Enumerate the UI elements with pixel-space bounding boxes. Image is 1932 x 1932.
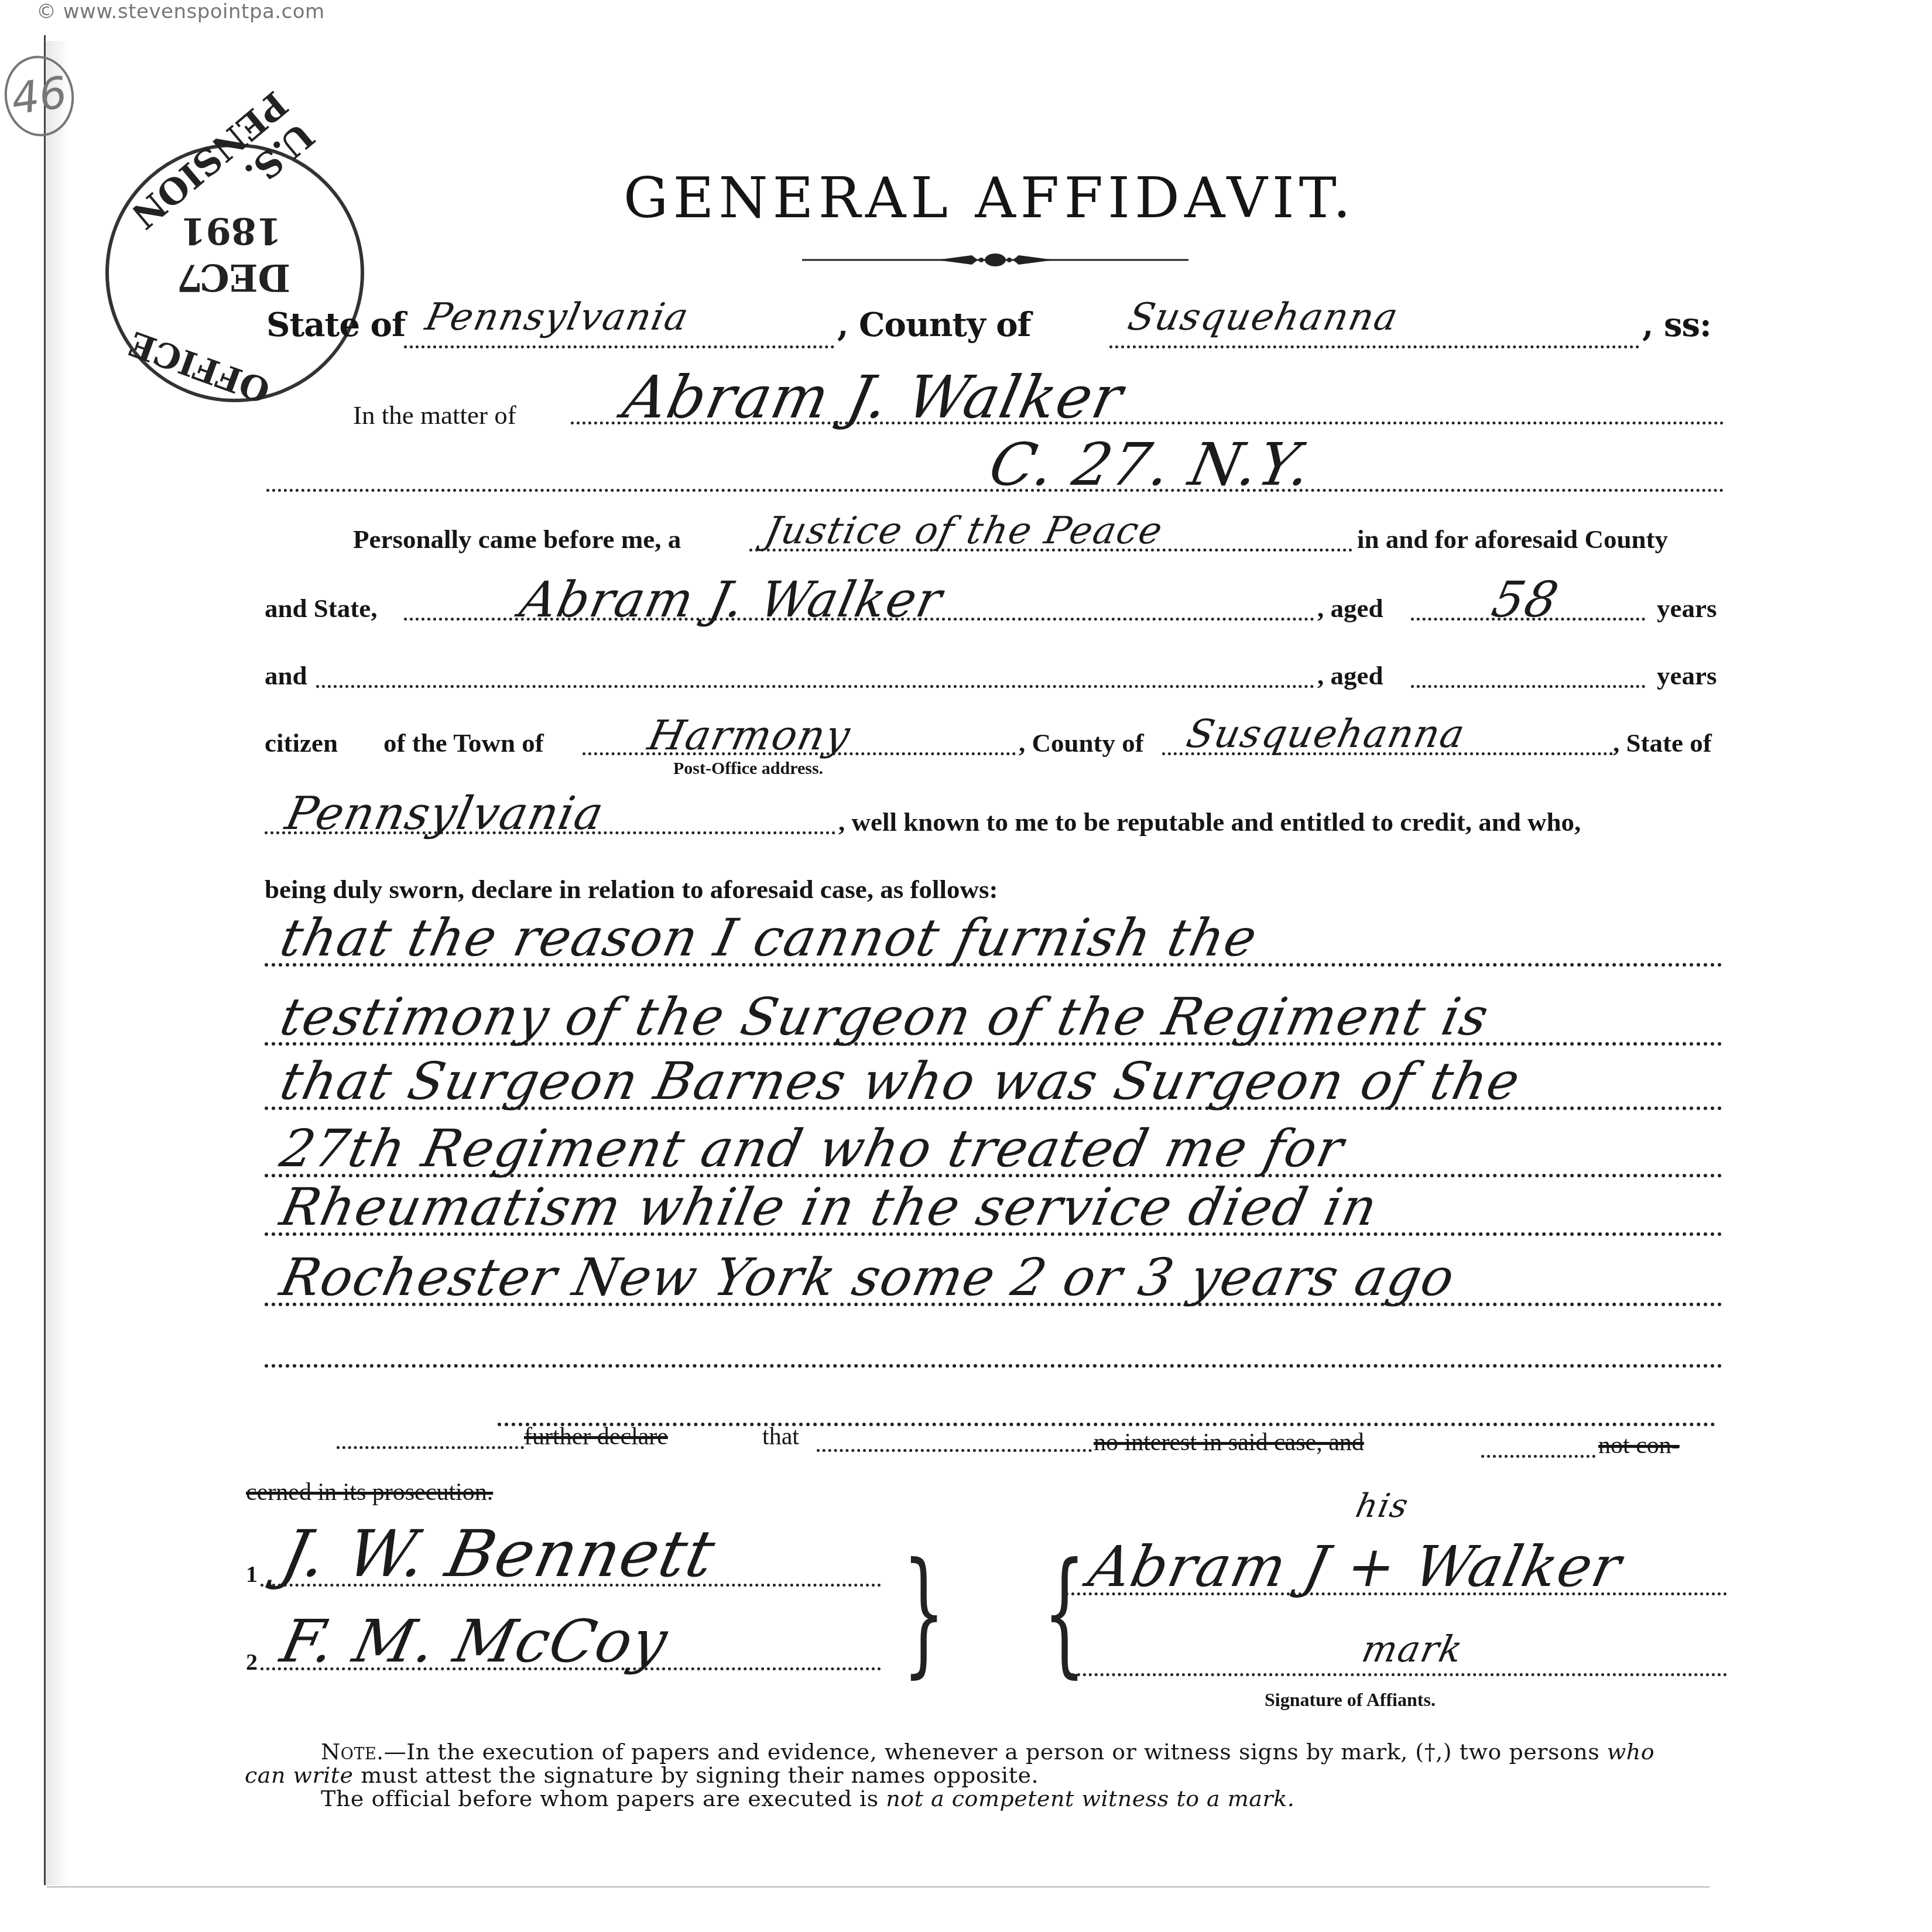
ss-label: , ss: [1642, 306, 1711, 344]
note-text-2: must attest the signature by signing the… [361, 1762, 1039, 1788]
note-lead: Note. [321, 1739, 384, 1765]
note-italic-3: not a competent witness to a mark. [886, 1786, 1294, 1811]
years-label-2: years [1657, 660, 1717, 691]
witness-1-number: 1 [246, 1560, 258, 1588]
aged-label-1: , aged [1317, 593, 1383, 624]
note-italic-2: can write [245, 1762, 354, 1788]
declaration-line[interactable]: that the reason I cannot furnish the [275, 907, 1263, 968]
state-field[interactable]: Pennsylvania [422, 296, 693, 339]
declaration-line[interactable]: Rochester New York some 2 or 3 years ago [275, 1247, 1461, 1307]
title-ornament [802, 253, 1188, 267]
that-text: that [762, 1423, 799, 1451]
cerned-text: cerned in its prosecution. [246, 1478, 493, 1506]
stamp-line2: OFFICE [124, 323, 276, 411]
declaration-line[interactable]: 27th Regiment and who treated me for [275, 1118, 1349, 1179]
further-top-line [498, 1423, 1715, 1426]
county-field-line [1109, 345, 1639, 348]
his-label: his [1352, 1487, 1413, 1525]
declaration-line[interactable]: Rheumatism while in the service died in [275, 1177, 1383, 1237]
page-bottom-edge [47, 1886, 1710, 1888]
and-state-label: and State, [265, 593, 378, 624]
state-field-line [404, 345, 834, 348]
and-label: and [265, 660, 307, 691]
note-line-1: Note.—In the execution of papers and evi… [321, 1739, 1654, 1765]
not-con-line [1481, 1455, 1595, 1458]
stamp-day: 7 [176, 255, 203, 299]
note-text-1: —In the execution of papers and evidence… [384, 1739, 1600, 1765]
post-office-caption: Post-Office address. [673, 759, 823, 779]
document-title: GENERAL AFFIDAVIT. [0, 165, 1932, 231]
county-field[interactable]: Susquehanna [1124, 296, 1403, 339]
appearance-after-label: in and for aforesaid County [1357, 524, 1668, 554]
reputable-text: , well known to me to be reputable and e… [838, 807, 1581, 837]
note-text-3: The official before whom papers are exec… [321, 1786, 879, 1811]
matter-label: In the matter of [353, 400, 516, 430]
affiant1-name-field[interactable]: Abram J. Walker [515, 571, 948, 628]
appearance-label: Personally came before me, a [353, 524, 681, 554]
folio-number-text: 46 [8, 67, 70, 125]
residence-county-label: , County of [1019, 728, 1144, 758]
declaration-line[interactable]: that Surgeon Barnes who was Surgeon of t… [275, 1051, 1526, 1111]
town-label: of the Town of [383, 728, 544, 758]
residence-state-label: , State of [1613, 728, 1712, 758]
that-line [817, 1449, 1092, 1452]
affiant1-age-field[interactable]: 58 [1487, 571, 1564, 628]
affiant-signature-line-2 [1066, 1673, 1727, 1676]
witness-2-signature[interactable]: F. M. McCoy [275, 1607, 674, 1676]
declaration-line[interactable]: testimony of the Surgeon of the Regiment… [275, 986, 1495, 1047]
citizen-label: citizen [265, 728, 338, 758]
years-label-1: years [1657, 593, 1717, 624]
page-left-edge [44, 35, 46, 1885]
matter-unit[interactable]: C. 27. N.Y. [984, 430, 1318, 499]
matter-name[interactable]: Abram J. Walker [618, 363, 1129, 431]
no-interest-text: no interest in said case, and [1094, 1429, 1364, 1457]
state-label: State of [266, 306, 405, 344]
declaration-rule [265, 1364, 1722, 1368]
affiant-brace: { [1043, 1546, 1086, 1680]
town-field[interactable]: Harmony [644, 711, 855, 759]
affiant-signature[interactable]: Abram J + Walker [1083, 1534, 1628, 1599]
official-title-field[interactable]: Justice of the Peace [761, 509, 1167, 553]
page-shadow [46, 41, 69, 1885]
witness-brace: } [903, 1546, 946, 1680]
aged-label-2: , aged [1317, 660, 1383, 691]
further-lead-line [337, 1446, 524, 1449]
stamp-month: DEC [200, 255, 290, 299]
further-declare-text: further declare [524, 1423, 668, 1451]
residence-state-field[interactable]: Pennsylvania [281, 787, 609, 840]
county-label: , County of [837, 306, 1031, 344]
copyright-watermark: © www.stevenspointpa.com [36, 0, 325, 23]
note-line-2: can write must attest the signature by s… [245, 1762, 1039, 1788]
residence-county-field[interactable]: Susquehanna [1183, 711, 1469, 756]
witness-1-signature[interactable]: J. W. Bennett [275, 1516, 722, 1591]
note-line-3: The official before whom papers are exec… [321, 1786, 1294, 1811]
age2-line [1411, 685, 1645, 688]
sworn-text: being duly sworn, declare in relation to… [265, 874, 998, 905]
not-con-text: not con- [1598, 1431, 1680, 1460]
note-italic-1: who [1607, 1739, 1654, 1765]
signature-caption: Signature of Affiants. [1265, 1689, 1436, 1711]
affiant2-line [316, 685, 1314, 688]
mark-label: mark [1358, 1628, 1467, 1670]
witness-2-number: 2 [246, 1648, 258, 1676]
